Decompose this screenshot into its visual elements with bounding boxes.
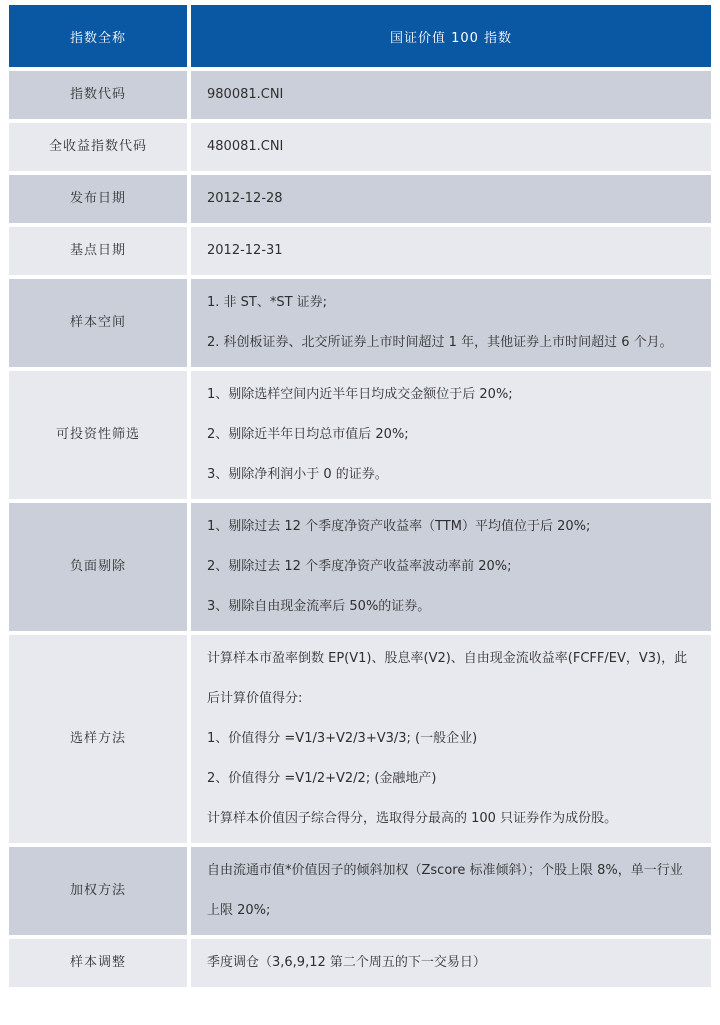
value-line: 3、剔除净利润小于 0 的证券。	[207, 455, 695, 495]
header-label: 指数全称	[9, 5, 187, 67]
value-line: 1、价值得分 =V1/3+V2/3+V3/3; (一般企业)	[207, 719, 695, 759]
row-label: 发布日期	[9, 175, 187, 223]
value-line: 季度调仓（3,6,9,12 第二个周五的下一交易日）	[207, 943, 695, 983]
value-line: 2、价值得分 =V1/2+V2/2; (金融地产)	[207, 759, 695, 799]
row-label: 选样方法	[9, 635, 187, 843]
row-value: 980081.CNI	[191, 71, 711, 119]
value-line: 2012-12-28	[207, 179, 695, 219]
table-row: 负面剔除1、剔除过去 12 个季度净资产收益率（TTM）平均值位于后 20%;2…	[9, 503, 711, 631]
row-value: 自由流通市值*价值因子的倾斜加权（Zscore 标准倾斜）；个股上限 8%，单一…	[191, 847, 711, 935]
row-value: 2012-12-31	[191, 227, 711, 275]
row-label: 指数代码	[9, 71, 187, 119]
table-row: 可投资性筛选1、剔除选样空间内近半年日均成交金额位于后 20%;2、剔除近半年日…	[9, 371, 711, 499]
table-row: 基点日期2012-12-31	[9, 227, 711, 275]
page: 指数全称 国证价值 100 指数 指数代码980081.CNI全收益指数代码48…	[0, 0, 720, 991]
value-line: 2. 科创板证券、北交所证券上市时间超过 1 年，其他证券上市时间超过 6 个月…	[207, 323, 695, 363]
table-row: 选样方法计算样本市盈率倒数 EP(V1)、股息率(V2)、自由现金流收益率(FC…	[9, 635, 711, 843]
row-value: 季度调仓（3,6,9,12 第二个周五的下一交易日）	[191, 939, 711, 987]
value-line: 自由流通市值*价值因子的倾斜加权（Zscore 标准倾斜）；个股上限 8%，单一…	[207, 851, 695, 931]
row-value: 1、剔除过去 12 个季度净资产收益率（TTM）平均值位于后 20%;2、剔除过…	[191, 503, 711, 631]
row-value: 1、剔除选样空间内近半年日均成交金额位于后 20%;2、剔除近半年日均总市值后 …	[191, 371, 711, 499]
table-row: 指数代码980081.CNI	[9, 71, 711, 119]
table-header-row: 指数全称 国证价值 100 指数	[9, 5, 711, 67]
table-row: 样本空间1. 非 ST、*ST 证券;2. 科创板证券、北交所证券上市时间超过 …	[9, 279, 711, 367]
value-line: 计算样本市盈率倒数 EP(V1)、股息率(V2)、自由现金流收益率(FCFF/E…	[207, 639, 695, 719]
value-line: 3、剔除自由现金流率后 50%的证券。	[207, 587, 695, 627]
table-row: 全收益指数代码480081.CNI	[9, 123, 711, 171]
value-line: 1. 非 ST、*ST 证券;	[207, 283, 695, 323]
row-value: 1. 非 ST、*ST 证券;2. 科创板证券、北交所证券上市时间超过 1 年，…	[191, 279, 711, 367]
value-line: 1、剔除选样空间内近半年日均成交金额位于后 20%;	[207, 375, 695, 415]
row-label: 负面剔除	[9, 503, 187, 631]
table-row: 样本调整季度调仓（3,6,9,12 第二个周五的下一交易日）	[9, 939, 711, 987]
value-line: 2、剔除近半年日均总市值后 20%;	[207, 415, 695, 455]
table-body: 指数代码980081.CNI全收益指数代码480081.CNI发布日期2012-…	[9, 71, 711, 987]
row-label: 全收益指数代码	[9, 123, 187, 171]
row-label: 样本空间	[9, 279, 187, 367]
row-label: 加权方法	[9, 847, 187, 935]
value-line: 980081.CNI	[207, 75, 695, 115]
row-value: 计算样本市盈率倒数 EP(V1)、股息率(V2)、自由现金流收益率(FCFF/E…	[191, 635, 711, 843]
value-line: 2、剔除过去 12 个季度净资产收益率波动率前 20%;	[207, 547, 695, 587]
value-line: 计算样本价值因子综合得分，选取得分最高的 100 只证券作为成份股。	[207, 799, 695, 839]
table-row: 加权方法自由流通市值*价值因子的倾斜加权（Zscore 标准倾斜）；个股上限 8…	[9, 847, 711, 935]
table-row: 发布日期2012-12-28	[9, 175, 711, 223]
value-line: 1、剔除过去 12 个季度净资产收益率（TTM）平均值位于后 20%;	[207, 507, 695, 547]
row-label: 基点日期	[9, 227, 187, 275]
header-value: 国证价值 100 指数	[191, 5, 711, 67]
row-value: 2012-12-28	[191, 175, 711, 223]
row-value: 480081.CNI	[191, 123, 711, 171]
row-label: 样本调整	[9, 939, 187, 987]
value-line: 480081.CNI	[207, 127, 695, 167]
index-info-table: 指数全称 国证价值 100 指数 指数代码980081.CNI全收益指数代码48…	[5, 1, 715, 991]
row-label: 可投资性筛选	[9, 371, 187, 499]
value-line: 2012-12-31	[207, 231, 695, 271]
